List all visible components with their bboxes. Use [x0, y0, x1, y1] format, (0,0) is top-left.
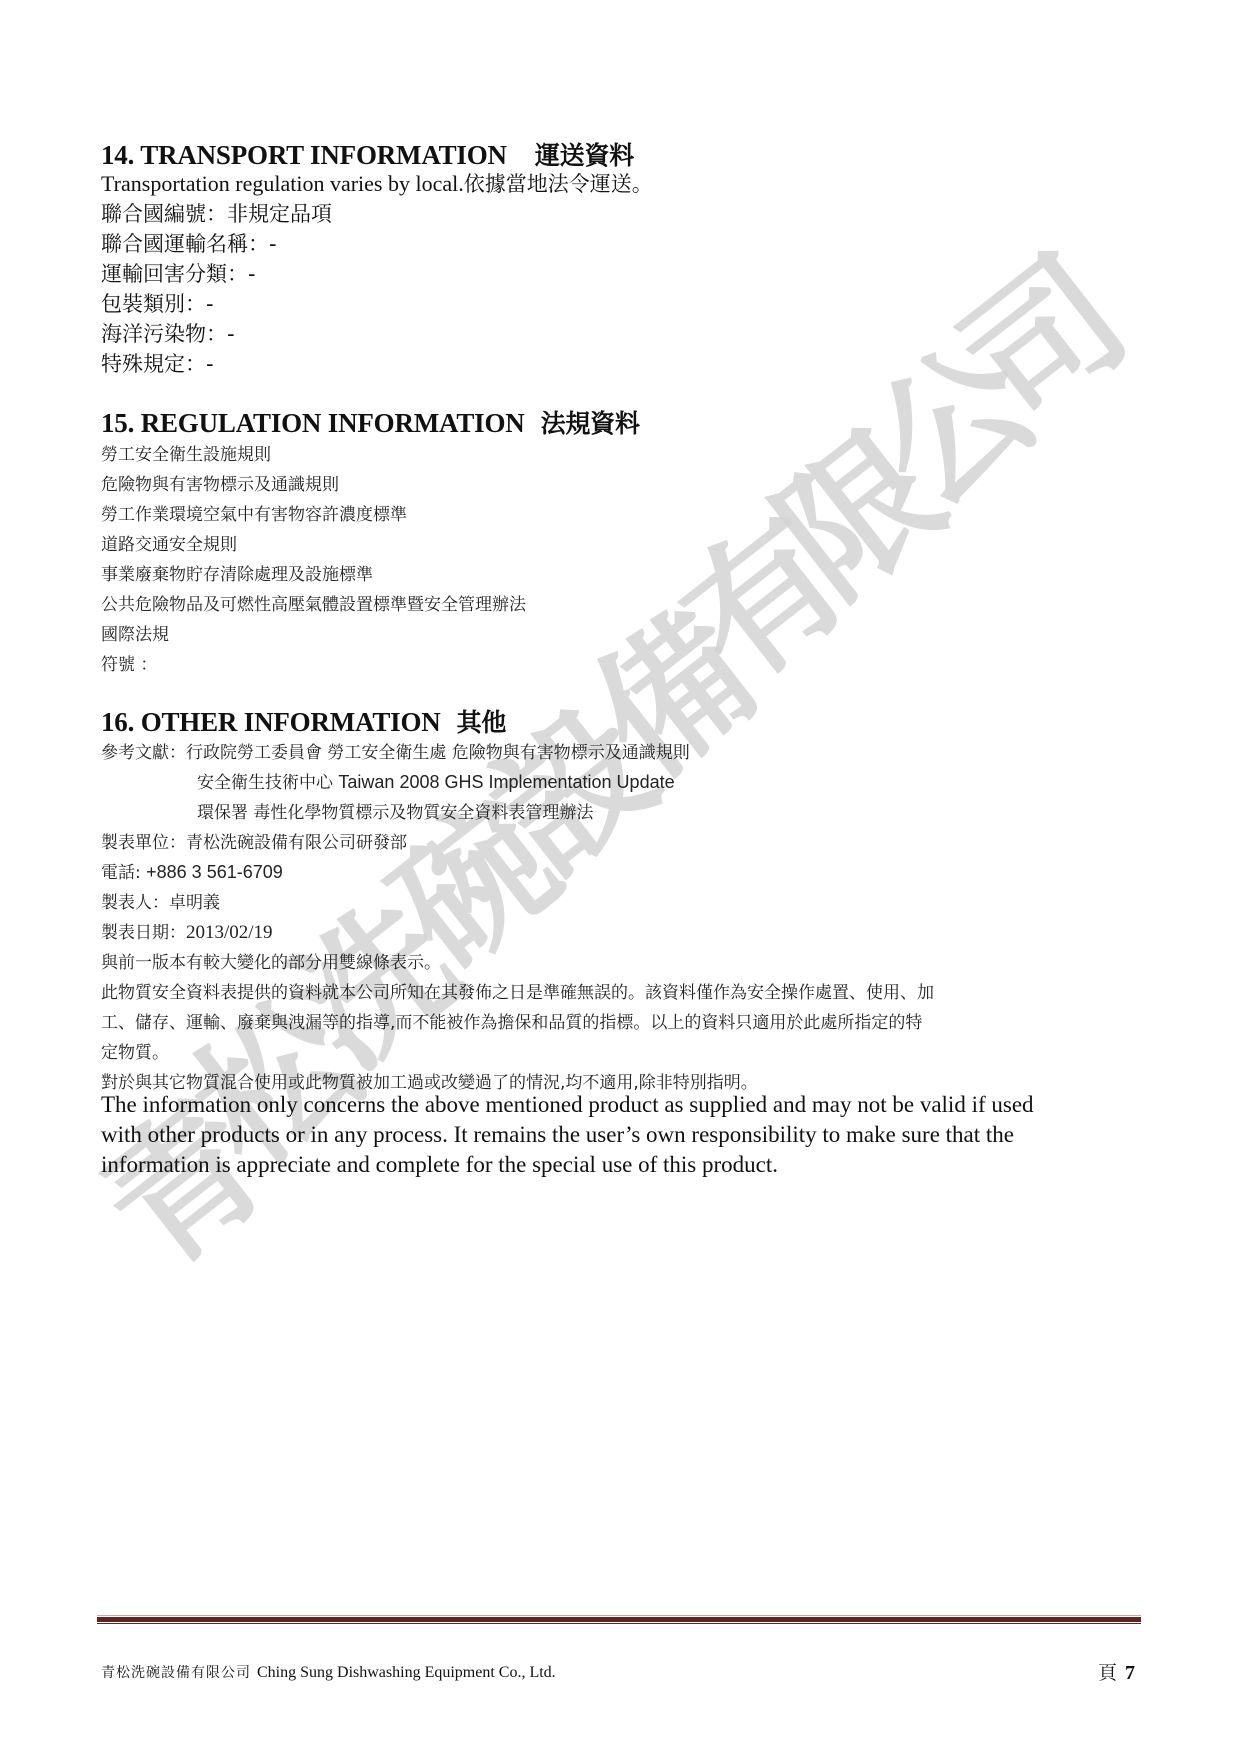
reference-item: 環保署 毒性化學物質標示及物質安全資料表管理辦法	[197, 803, 593, 823]
section-16-title: 16. OTHER INFORMATION	[101, 707, 441, 737]
disclaimer-zh-line: 定物質。	[101, 1038, 169, 1063]
watermark-char: 限	[755, 410, 966, 621]
regulation-item: 危險物與有害物標示及通識規則	[101, 470, 339, 495]
footer-company-zh: 青松洗碗設備有限公司	[101, 1665, 251, 1681]
phone-label: 電話:	[101, 863, 141, 883]
date-line: 製表日期：2013/02/19	[101, 918, 273, 944]
reference-item: 安全衛生技術中心	[197, 773, 333, 793]
prepared-date: 2013/02/19	[186, 922, 273, 943]
preparer-line: 製表人：卓明義	[101, 888, 220, 913]
regulation-item: 勞工安全衛生設施規則	[101, 440, 271, 465]
watermark-char: 公	[850, 320, 1061, 531]
phone-number: +886 3 561-6709	[146, 862, 283, 882]
disclaimer-en-line: with other products or in any process. I…	[101, 1122, 1014, 1148]
prepared-unit-line: 製表單位：青松洗碗設備有限公司研發部	[101, 828, 407, 853]
transport-marine-pollutant: 海洋污染物：-	[101, 322, 235, 346]
regulation-item: 公共危險物品及可燃性高壓氣體設置標準暨安全管理辦法	[101, 590, 526, 615]
transport-un-number: 聯合國編號：非規定品項	[101, 202, 332, 226]
transport-item: 聯合國編號：非規定品項	[101, 198, 332, 228]
footer-rule-thick	[97, 1617, 1141, 1622]
section-15-title: 15. REGULATION INFORMATION	[101, 408, 525, 438]
footer-company: 青松洗碗設備有限公司Ching Sung Dishwashing Equipme…	[101, 1662, 556, 1682]
transport-intro-en: Transportation regulation varies by loca…	[101, 171, 464, 196]
disclaimer-en-line: information is appreciate and complete f…	[101, 1152, 778, 1178]
disclaimer-zh-line: 工、儲存、運輸、廢棄與洩漏等的指導,而不能被作為擔保和品質的指標。以上的資料只適…	[101, 1008, 922, 1033]
transport-un-name: 聯合國運輸名稱：-	[101, 232, 277, 256]
references-line: 參考文獻：行政院勞工委員會 勞工安全衛生處 危險物與有害物標示及通識規則	[101, 738, 690, 763]
preparer-name: 卓明義	[169, 893, 220, 913]
transport-item: 運輸回害分類：-	[101, 258, 256, 288]
page-label: 頁	[1098, 1662, 1117, 1684]
regulation-item: 國際法規	[101, 620, 169, 645]
references-line: 環保署 毒性化學物質標示及物質安全資料表管理辦法	[197, 798, 593, 823]
revision-note: 與前一版本有較大變化的部分用雙線條表示。	[101, 948, 441, 973]
mixing-note: 對於與其它物質混合使用或此物質被加工過或改變過了的情況,均不適用,除非特別指明。	[101, 1068, 758, 1093]
references-line: 安全衛生技術中心 Taiwan 2008 GHS Implementation …	[197, 768, 675, 793]
footer-rule	[97, 1615, 1141, 1625]
reference-item-en: Taiwan 2008 GHS Implementation Update	[338, 772, 674, 792]
transport-item: 海洋污染物：-	[101, 318, 235, 348]
transport-item: 特殊規定：-	[101, 348, 214, 378]
transport-hazard-class: 運輸回害分類：-	[101, 262, 256, 286]
transport-special-provisions: 特殊規定：-	[101, 352, 214, 376]
preparer-label: 製表人：	[101, 893, 169, 913]
phone-line: 電話: +886 3 561-6709	[101, 858, 283, 883]
regulation-item: 道路交通安全規則	[101, 530, 237, 555]
prepared-unit-label: 製表單位：	[101, 833, 186, 853]
section-14-heading: 14. TRANSPORT INFORMATION運送資料	[101, 136, 634, 172]
date-label: 製表日期：	[101, 923, 186, 943]
section-15-heading: 15. REGULATION INFORMATION法規資料	[101, 404, 640, 440]
transport-item: 聯合國運輸名稱：-	[101, 228, 277, 258]
prepared-unit: 青松洗碗設備有限公司研發部	[186, 833, 407, 853]
section-16-title-zh: 其他	[457, 708, 507, 737]
transport-intro: Transportation regulation varies by loca…	[101, 168, 653, 198]
transport-item: 包裝類別：-	[101, 288, 214, 318]
watermark-char: 有	[660, 495, 871, 706]
transport-intro-zh: 依據當地法令運送。	[464, 172, 653, 196]
reference-item: 行政院勞工委員會 勞工安全衛生處 危險物與有害物標示及通識規則	[186, 743, 690, 763]
watermark-char: 司	[940, 235, 1151, 446]
section-14-title-zh: 運送資料	[535, 141, 634, 170]
section-14-title: 14. TRANSPORT INFORMATION	[101, 140, 507, 170]
section-15-title-zh: 法規資料	[541, 409, 640, 438]
regulation-item: 勞工作業環境空氣中有害物容許濃度標準	[101, 500, 407, 525]
document-page: 青 松 洗 碗 設 備 有 限 公 司 14. TRANSPORT INFORM…	[0, 0, 1241, 1755]
transport-packing-group: 包裝類別：-	[101, 292, 214, 316]
page-number: 頁7	[1098, 1658, 1135, 1685]
footer-company-en: Ching Sung Dishwashing Equipment Co., Lt…	[257, 1664, 556, 1681]
page-number-value: 7	[1125, 1662, 1135, 1684]
footer-rule-top	[97, 1615, 1141, 1616]
section-16-heading: 16. OTHER INFORMATION其他	[101, 703, 506, 739]
disclaimer-en-line: The information only concerns the above …	[101, 1092, 1034, 1118]
references-label: 參考文獻：	[101, 743, 186, 763]
footer-rule-bottom	[97, 1623, 1141, 1624]
regulation-item: 符號 ：	[101, 650, 157, 675]
disclaimer-zh-line: 此物質安全資料表提供的資料就本公司所知在其發佈之日是準確無誤的。該資料僅作為安全…	[101, 978, 934, 1003]
regulation-item: 事業廢棄物貯存清除處理及設施標準	[101, 560, 373, 585]
